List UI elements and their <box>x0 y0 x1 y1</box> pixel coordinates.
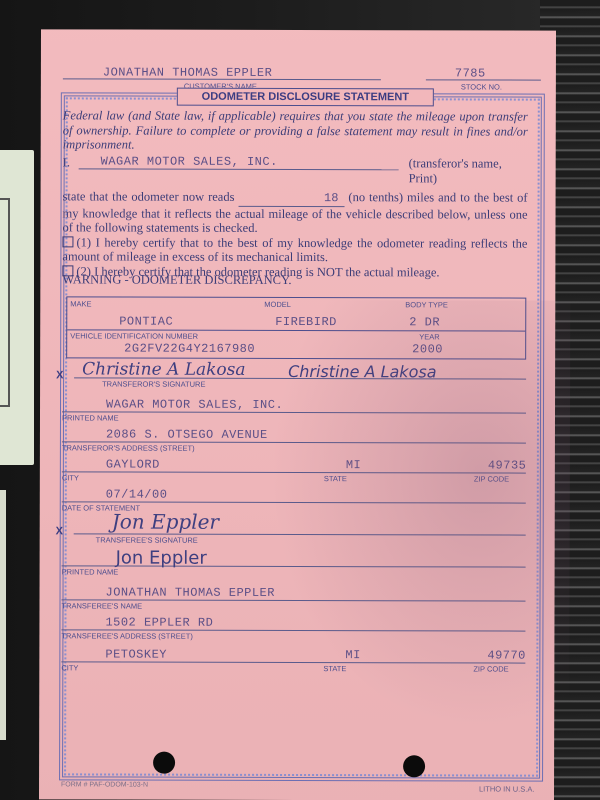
form-number: FORM # PAF-ODOM-103-N <box>61 781 148 788</box>
transferor-printed-name: WAGAR MOTOR SALES, INC. <box>106 397 283 411</box>
city-label: CITY <box>61 663 78 672</box>
form-title: ODOMETER DISCLOSURE STATEMENT <box>177 88 434 107</box>
transferee-address-label: TRANSFEREE'S ADDRESS (STREET) <box>61 631 192 640</box>
transferee-address-field: 1502 EPPLER RD TRANSFEREE'S ADDRESS (STR… <box>61 615 525 644</box>
transferee-zip: 49770 <box>487 648 526 662</box>
transferee-name-field: JONATHAN THOMAS EPPLER TRANSFEREE'S NAME <box>61 585 525 614</box>
transferee-signature-field: X Jon Eppler TRANSFEREE'S SIGNATURE <box>62 519 526 548</box>
statement-date: 07/14/00 <box>106 487 168 501</box>
printed-name-label: PRINTED NAME <box>62 413 119 422</box>
odometer-reading: 18 <box>238 191 344 207</box>
transferee-signature: Jon Eppler <box>112 510 219 534</box>
field-line <box>61 661 525 663</box>
transferor-address-field: 2086 S. OTSEGO AVENUE TRANSFEROR'S ADDRE… <box>62 427 526 456</box>
transferor-name-row: I. WAGAR MOTOR SALES, INC. (transferor's… <box>63 155 533 171</box>
stock-number: 7785 <box>455 66 486 80</box>
certification-1-checkbox[interactable] <box>62 236 73 247</box>
transferor-city: GAYLORD <box>106 457 160 471</box>
legal-notice: Federal law (and State law, if applicabl… <box>63 108 528 153</box>
stock-number-label: STOCK NO. <box>461 82 502 91</box>
transferor-name-field: WAGAR MOTOR SALES, INC. <box>79 153 399 170</box>
city-label: CITY <box>62 473 79 482</box>
field-line <box>62 411 526 413</box>
transferee-printed-name: Jon Eppler <box>116 548 207 569</box>
warning-text: WARNING - ODOMETER DISCREPANCY. <box>62 272 291 288</box>
year-label: YEAR <box>419 332 439 341</box>
make-value: PONTIAC <box>119 315 173 329</box>
transferor-zip: 49735 <box>488 458 527 472</box>
transferee-name-label: TRANSFEREE'S NAME <box>61 601 142 610</box>
state-label: STATE <box>323 664 346 673</box>
card-frame <box>0 198 10 407</box>
punch-hole-left <box>153 752 175 774</box>
odometer-text-before: state that the odometer now reads <box>63 189 235 203</box>
customer-name: JONATHAN THOMAS EPPLER <box>103 65 272 79</box>
transferor-signature-label: TRANSFEROR'S SIGNATURE <box>102 379 205 388</box>
vehicle-info-box: MAKE MODEL BODY TYPE PONTIAC FIREBIRD 2 … <box>66 296 526 359</box>
transferor-city-state-zip-field: GAYLORD CITY MI STATE 49735 ZIP CODE <box>62 457 526 486</box>
odometer-statement: state that the odometer now reads 18 (no… <box>62 189 527 279</box>
transferee-signature-label: TRANSFEREE'S SIGNATURE <box>96 535 198 544</box>
odometer-disclosure-form: JONATHAN THOMAS EPPLER CUSTOMER'S NAME 7… <box>39 29 556 800</box>
transferor-prefix: I. <box>63 155 70 169</box>
adjacent-green-card <box>0 150 34 465</box>
transferee-address: 1502 EPPLER RD <box>105 615 213 629</box>
transferor-signature-print: Christine A Lakosa <box>288 362 436 381</box>
zip-code-label: ZIP CODE <box>474 474 509 483</box>
transferor-state: MI <box>346 458 361 472</box>
litho-note: LITHO IN U.S.A. <box>479 784 534 793</box>
zip-code-label: ZIP CODE <box>473 664 508 673</box>
field-line <box>62 471 526 473</box>
model-value: FIREBIRD <box>275 315 337 329</box>
state-label: STATE <box>324 474 347 483</box>
body-type-label: BODY TYPE <box>405 300 448 309</box>
year-value: 2000 <box>412 342 443 356</box>
body-type-value: 2 DR <box>409 315 440 329</box>
punch-hole-right <box>403 755 425 777</box>
printed-name-label: PRINTED NAME <box>62 567 119 576</box>
signature-x-mark: X <box>56 525 63 537</box>
transferee-state: MI <box>345 648 360 662</box>
transferee-printed-name-field: Jon Eppler PRINTED NAME <box>62 551 526 580</box>
make-label: MAKE <box>70 299 91 308</box>
transferor-name-value: WAGAR MOTOR SALES, INC. <box>101 154 278 168</box>
transferor-address-label: TRANSFEROR'S ADDRESS (STREET) <box>62 443 195 452</box>
vin-label: VEHICLE IDENTIFICATION NUMBER <box>70 331 198 340</box>
adjacent-paper-edge <box>0 490 6 740</box>
transferor-printed-name-field: WAGAR MOTOR SALES, INC. PRINTED NAME <box>62 397 526 426</box>
transferee-city: PETOSKEY <box>105 647 167 661</box>
transferee-city-state-zip-field: PETOSKEY CITY MI STATE 49770 ZIP CODE <box>61 647 525 676</box>
transferee-name: JONATHAN THOMAS EPPLER <box>106 585 275 599</box>
transferor-name-hint: (transferor's name, Print) <box>409 156 533 186</box>
certification-1-label: (1) I hereby certify that to the best of… <box>62 235 527 264</box>
transferor-signature-field: X Christine A Lakosa Christine A Lakosa … <box>62 363 526 392</box>
transferor-address: 2086 S. OTSEGO AVENUE <box>106 427 268 441</box>
transferor-signature: Christine A Lakosa <box>82 359 245 379</box>
vin-value: 2G2FV22G4Y2167980 <box>124 342 255 356</box>
model-label: MODEL <box>264 300 291 309</box>
signature-x-mark: X <box>56 369 63 381</box>
